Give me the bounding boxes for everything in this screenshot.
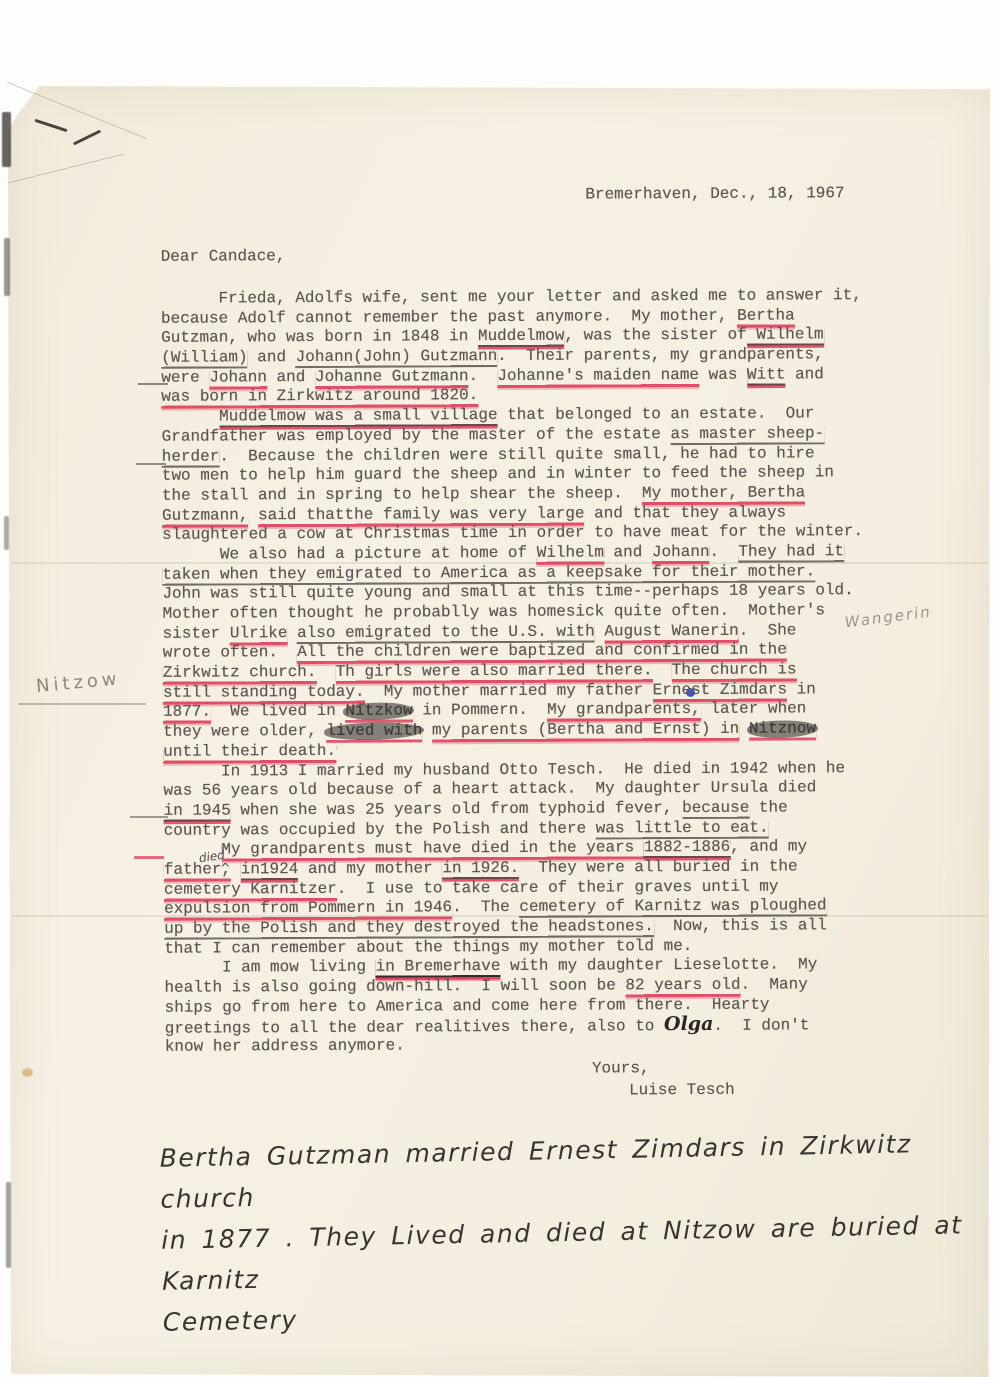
text-segment: I am mow living: [164, 958, 375, 977]
text-segment: Ulrike: [230, 624, 288, 642]
text-segment: They were all buried in the: [519, 857, 798, 876]
text-segment: my parents (Bertha and Ernst) in: [432, 720, 739, 740]
text-segment: cemetery of Karnitz was ploughed: [519, 897, 826, 917]
body-line: up by the Polish and they destroyed the …: [164, 916, 865, 939]
text-segment: . Many: [741, 975, 808, 993]
text-segment: and my mother: [298, 859, 442, 878]
text-segment: Nitznow: [749, 719, 816, 737]
signature: Luise Tesch: [629, 1081, 735, 1100]
text-segment: Frieda, Adolfs wife, sent me your letter…: [161, 286, 862, 308]
bottom-handwritten-note: Bertha Gutzman married Ernest Zimdars in…: [159, 1122, 993, 1343]
text-segment: Bertha: [737, 306, 795, 324]
text-segment: We also had a picture at home of: [162, 544, 537, 564]
text-segment: 1877.: [163, 703, 211, 721]
text-segment: All the children were baptized and confi…: [297, 641, 787, 662]
text-segment: Johanne Gutzmann: [315, 367, 469, 386]
text-segment: when she was 25 years old from typhoid f…: [231, 799, 682, 819]
text-segment: My grandparents must have died in the ye…: [221, 838, 644, 858]
text-segment: that I can remember about the things my …: [164, 937, 692, 958]
text-segment: in Bremerhave: [376, 957, 501, 976]
text-segment: the: [749, 798, 788, 816]
text-segment: was 56 years old because of a heart atta…: [163, 779, 816, 800]
text-segment: said thatthe family was very large: [258, 504, 585, 524]
text-segment: . I don't: [713, 1017, 809, 1036]
text-segment: in Pommern.: [413, 701, 548, 720]
text-segment: [161, 408, 219, 426]
text-segment: Witt: [747, 365, 785, 383]
text-segment: they were older,: [163, 722, 326, 741]
dateline: Bremerhaven, Dec., 18, 1967: [585, 184, 844, 203]
text-segment: later when: [701, 700, 807, 719]
body-line: they were older, lived with my parents (…: [163, 719, 864, 742]
text-segment: . Because the children were still quite …: [219, 444, 814, 465]
text-segment: In 1913 I married my husband Otto Tesch.…: [163, 759, 845, 781]
text-segment: was born in Zirkwitz around 1820.: [161, 387, 478, 407]
text-segment: Gutzman, who was born in 1848 in: [161, 327, 478, 347]
text-segment: [316, 663, 335, 681]
text-segment: The church is: [672, 661, 797, 680]
text-segment: that belonged to an estate. Our: [498, 404, 815, 424]
text-segment: in 1926.: [442, 859, 519, 877]
text-segment: in 1945: [164, 801, 231, 819]
margin-note-nitzow: Nitzow: [35, 668, 121, 697]
text-segment: still standing today.: [163, 682, 365, 701]
text-segment: also emigrated to the U.S. with: [297, 622, 595, 642]
text-segment: Mother often thought he probablly was ho…: [162, 601, 825, 622]
text-segment: in: [787, 680, 816, 698]
text-segment: health is also going down-hill. I will s…: [164, 976, 625, 996]
handwritten-note-line: Bertha Gutzman married Ernest Zimdars in…: [159, 1122, 990, 1220]
text-segment: and: [604, 543, 652, 561]
text-segment: 82 years old: [625, 976, 740, 995]
text-segment: .: [469, 367, 498, 385]
text-segment: .: [709, 543, 738, 561]
text-segment: know her address anymore.: [165, 1037, 405, 1056]
text-segment: Th girls were also married there.: [336, 661, 653, 681]
text-segment: because: [682, 799, 749, 817]
text-segment: August Wanerin: [604, 621, 739, 640]
closing: Yours,: [592, 1059, 650, 1077]
text-segment: Johann(John) Gutzmann: [296, 347, 498, 366]
text-segment: Johann: [652, 543, 710, 561]
text-segment: Johanne's maiden name: [497, 366, 699, 385]
text-segment: slaughtered a cow at Christmas time in o…: [162, 522, 863, 544]
text-segment: Grandfather was employed by the master o…: [162, 425, 671, 446]
text-segment: They had it: [738, 542, 844, 561]
text-segment: herder: [162, 447, 220, 465]
text-segment: was little to eat.: [596, 818, 769, 837]
text-segment: sister: [163, 624, 230, 642]
text-segment: . Their parents, my grandparents,: [497, 345, 824, 365]
scanned-letter-page: Bremerhaven, Dec., 18, 1967 Dear Candace…: [0, 0, 1000, 1377]
text-segment: . The: [452, 898, 519, 916]
text-segment: . I use to take care of their graves unt…: [337, 877, 779, 897]
text-segment: My mother, Bertha: [642, 483, 805, 502]
text-segment: and that they always: [584, 503, 786, 522]
text-segment: John was still quite young and small at …: [162, 581, 853, 603]
text-segment: and: [267, 368, 315, 386]
text-segment: up by the Polish and they destroyed the …: [164, 917, 654, 938]
text-segment: as master sheep-: [670, 424, 824, 443]
text-segment: and: [785, 365, 824, 383]
text-segment: taken when they emigrated to America as …: [162, 562, 815, 583]
insertion-caret: ^: [220, 861, 231, 876]
text-segment: Nitzkow: [345, 702, 412, 720]
text-segment: [595, 622, 605, 640]
text-segment: Johann: [209, 368, 267, 386]
text-segment: greetings to all the dear realitives the…: [165, 1018, 664, 1039]
text-segment: My grandparents,: [547, 700, 701, 719]
text-segment: Muddelmow: [478, 327, 565, 345]
text-segment: 1882-1886: [644, 838, 731, 856]
text-segment: , and my: [730, 838, 807, 856]
letter-body: Frieda, Adolfs wife, sent me your letter…: [161, 286, 866, 1057]
letter-content: Bremerhaven, Dec., 18, 1967 Dear Candace…: [0, 0, 1000, 1377]
handwritten-word: Olga: [664, 1013, 713, 1035]
body-line: know her address anymore.: [165, 1034, 866, 1057]
text-segment: Gutzmann,: [162, 506, 249, 524]
text-segment: until their death.: [163, 742, 336, 761]
text-segment: We lived in: [211, 702, 346, 721]
text-segment: My mother married my father: [365, 681, 653, 701]
text-segment: Wilhelm: [747, 326, 824, 344]
text-segment: was: [699, 365, 747, 383]
text-segment: with my daughter Lieselotte. My: [500, 956, 817, 976]
text-segment: . She: [739, 621, 797, 639]
text-segment: in1924: [241, 860, 299, 878]
handwritten-note-line: in 1877 . They Lived and died at Nitzow …: [161, 1204, 992, 1302]
text-segment: because Adolf cannot remember the past a…: [161, 306, 737, 327]
text-segment: and: [248, 348, 296, 366]
text-segment: country was occupied by the Polish and t…: [164, 819, 596, 839]
text-segment: Ernest Zimdars: [653, 680, 788, 699]
text-segment: cemetery Karnitzer: [164, 879, 337, 898]
salutation: Dear Candace,: [161, 247, 286, 266]
text-segment: , was the sister of: [564, 326, 747, 345]
text-segment: (William): [161, 348, 248, 366]
body-line: greetings to all the dear realitives the…: [165, 1015, 866, 1038]
text-segment: [248, 506, 258, 524]
text-segment: [231, 860, 241, 878]
text-segment: two men to help him guard the sheep and …: [162, 463, 834, 485]
text-segment: Now, this is all: [654, 916, 827, 935]
text-segment: Muddelmow was a small village: [219, 406, 498, 425]
text-segment: the stall and in spring to help shear th…: [162, 484, 642, 505]
text-segment: expulsion from Pommern in 1946: [164, 899, 452, 919]
text-segment: lived with: [326, 722, 422, 741]
text-segment: [652, 661, 671, 679]
text-segment: were: [161, 368, 209, 386]
text-segment: Wilhelm: [537, 543, 604, 561]
text-segment: Zirkwitz church.: [163, 663, 317, 682]
text-segment: wrote often.: [163, 643, 298, 662]
